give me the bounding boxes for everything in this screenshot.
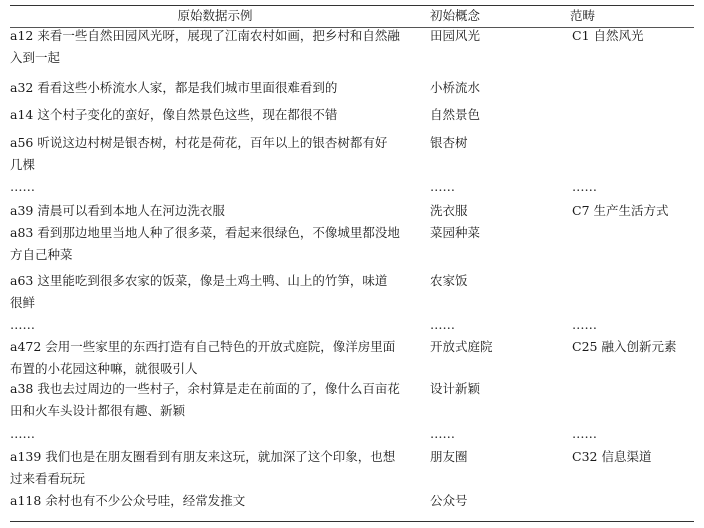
header-raw-data: 原始数据示例 bbox=[10, 8, 420, 24]
raw-data-line: 入到一起 bbox=[10, 47, 420, 69]
raw-data-line: 方自己种菜 bbox=[10, 244, 420, 266]
concept-cell: …… bbox=[430, 176, 560, 198]
header-initial-concept: 初始概念 bbox=[430, 8, 510, 24]
category-cell: C25 融入创新元素 bbox=[572, 336, 694, 358]
raw-data-cell: a39 清晨可以看到本地人在河边洗衣服 bbox=[10, 200, 420, 222]
raw-data-cell: a32 看看这些小桥流水人家，都是我们城市里面很难看到的 bbox=[10, 77, 420, 99]
concept-cell: …… bbox=[430, 314, 560, 336]
concept-cell: 自然景色 bbox=[430, 104, 560, 126]
concept-cell: 田园风光 bbox=[430, 25, 560, 47]
raw-data-line: …… bbox=[10, 314, 420, 336]
raw-data-cell: …… bbox=[10, 176, 420, 198]
raw-data-cell: …… bbox=[10, 314, 420, 336]
raw-data-line: a38 我也去过周边的一些村子，余村算是走在前面的了，像什么百亩花 bbox=[10, 378, 420, 400]
raw-data-line: a63 这里能吃到很多农家的饭菜，像是土鸡土鸭、山上的竹笋，味道 bbox=[10, 270, 420, 292]
raw-data-line: a56 听说这边村树是银杏树，村花是荷花，百年以上的银杏树都有好 bbox=[10, 132, 420, 154]
raw-data-cell: a14 这个村子变化的蛮好，像自然景色这些，现在都很不错 bbox=[10, 104, 420, 126]
raw-data-line: 布置的小花园这种嘛，就很吸引人 bbox=[10, 358, 420, 380]
raw-data-line: a12 来看一些自然田园风光呀，展现了江南农村如画，把乡村和自然融 bbox=[10, 25, 420, 47]
category-cell: …… bbox=[572, 314, 694, 336]
raw-data-line: 田和火车头设计都很有趣、新颖 bbox=[10, 400, 420, 422]
concept-cell: 洗衣服 bbox=[430, 200, 560, 222]
concept-cell: 设计新颖 bbox=[430, 378, 560, 400]
bottom-rule bbox=[10, 521, 694, 522]
concept-cell: 开放式庭院 bbox=[430, 336, 560, 358]
raw-data-cell: …… bbox=[10, 423, 420, 445]
raw-data-cell: a63 这里能吃到很多农家的饭菜，像是土鸡土鸭、山上的竹笋，味道很鲜 bbox=[10, 270, 420, 314]
concept-cell: 银杏树 bbox=[430, 132, 560, 154]
raw-data-line: …… bbox=[10, 176, 420, 198]
raw-data-line: a139 我们也是在朋友圈看到有朋友来这玩，就加深了这个印象，也想 bbox=[10, 446, 420, 468]
category-cell: …… bbox=[572, 423, 694, 445]
raw-data-line: a118 余村也有不少公众号哇，经常发推文 bbox=[10, 490, 420, 512]
top-rule bbox=[10, 5, 694, 6]
raw-data-cell: a38 我也去过周边的一些村子，余村算是走在前面的了，像什么百亩花田和火车头设计… bbox=[10, 378, 420, 422]
raw-data-line: 很鲜 bbox=[10, 292, 420, 314]
category-cell: C7 生产生活方式 bbox=[572, 200, 694, 222]
raw-data-line: a472 会用一些家里的东西打造有自己特色的开放式庭院，像洋房里面 bbox=[10, 336, 420, 358]
concept-cell: 农家饭 bbox=[430, 270, 560, 292]
raw-data-cell: a118 余村也有不少公众号哇，经常发推文 bbox=[10, 490, 420, 512]
raw-data-line: 几棵 bbox=[10, 154, 420, 176]
raw-data-line: a14 这个村子变化的蛮好，像自然景色这些，现在都很不错 bbox=[10, 104, 420, 126]
raw-data-cell: a83 看到那边地里当地人种了很多菜，看起来很绿色，不像城里都没地方自己种菜 bbox=[10, 222, 420, 266]
raw-data-cell: a56 听说这边村树是银杏树，村花是荷花，百年以上的银杏树都有好几棵 bbox=[10, 132, 420, 176]
concept-cell: …… bbox=[430, 423, 560, 445]
category-cell: C32 信息渠道 bbox=[572, 446, 694, 468]
concept-cell: 公众号 bbox=[430, 490, 560, 512]
header-category: 范畴 bbox=[570, 8, 650, 24]
raw-data-cell: a12 来看一些自然田园风光呀，展现了江南农村如画，把乡村和自然融入到一起 bbox=[10, 25, 420, 69]
raw-data-line: …… bbox=[10, 423, 420, 445]
concept-cell: 小桥流水 bbox=[430, 77, 560, 99]
concept-cell: 朋友圈 bbox=[430, 446, 560, 468]
raw-data-line: a39 清晨可以看到本地人在河边洗衣服 bbox=[10, 200, 420, 222]
concept-cell: 菜园种菜 bbox=[430, 222, 560, 244]
raw-data-cell: a139 我们也是在朋友圈看到有朋友来这玩，就加深了这个印象，也想过来看看玩玩 bbox=[10, 446, 420, 490]
raw-data-line: a83 看到那边地里当地人种了很多菜，看起来很绿色，不像城里都没地 bbox=[10, 222, 420, 244]
category-cell: …… bbox=[572, 176, 694, 198]
category-cell: C1 自然风光 bbox=[572, 25, 694, 47]
raw-data-line: 过来看看玩玩 bbox=[10, 468, 420, 490]
raw-data-cell: a472 会用一些家里的东西打造有自己特色的开放式庭院，像洋房里面布置的小花园这… bbox=[10, 336, 420, 380]
raw-data-line: a32 看看这些小桥流水人家，都是我们城市里面很难看到的 bbox=[10, 77, 420, 99]
